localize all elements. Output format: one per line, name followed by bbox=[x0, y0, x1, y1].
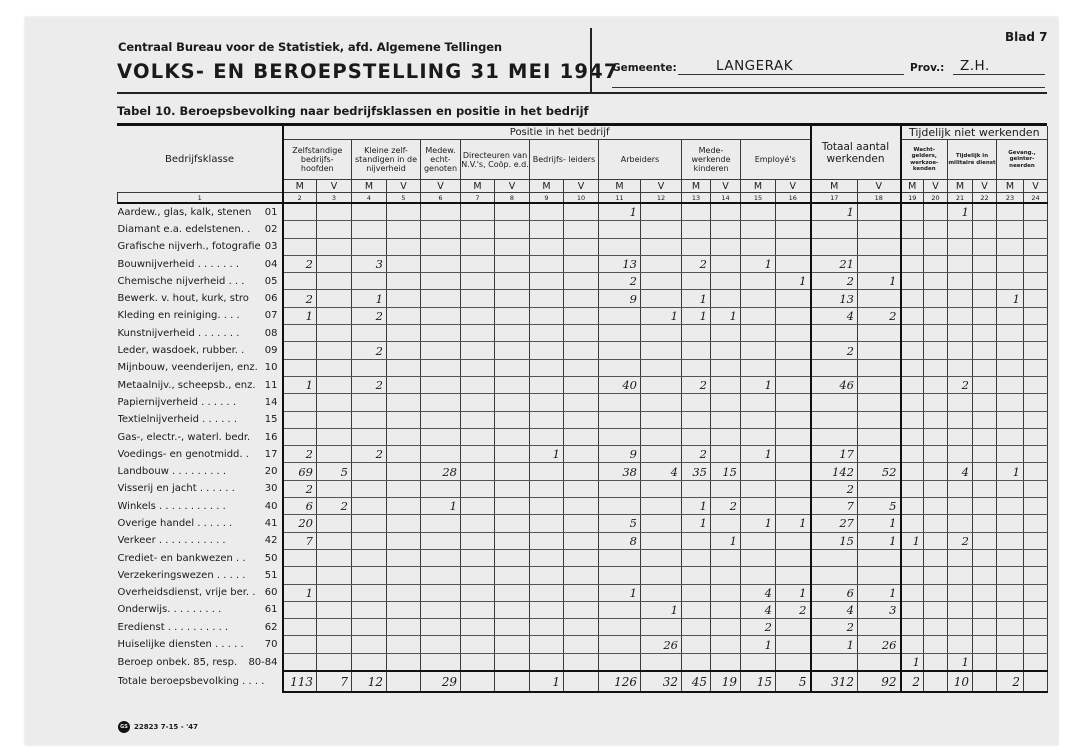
count-cell[interactable] bbox=[973, 480, 997, 497]
count-cell[interactable] bbox=[421, 601, 461, 618]
count-cell[interactable] bbox=[421, 567, 461, 584]
count-cell[interactable] bbox=[599, 428, 641, 445]
count-cell[interactable]: 28 bbox=[421, 463, 461, 480]
count-cell[interactable] bbox=[711, 549, 741, 566]
count-cell[interactable] bbox=[641, 325, 682, 342]
count-cell[interactable] bbox=[811, 549, 858, 566]
count-cell[interactable] bbox=[352, 359, 387, 376]
count-cell[interactable]: 26 bbox=[858, 636, 901, 653]
count-cell[interactable]: 6 bbox=[811, 584, 858, 601]
count-cell[interactable] bbox=[352, 203, 387, 221]
count-cell[interactable]: 2 bbox=[599, 273, 641, 290]
count-cell[interactable] bbox=[711, 221, 741, 238]
count-cell[interactable] bbox=[997, 411, 1024, 428]
count-cell[interactable] bbox=[317, 601, 352, 618]
count-cell[interactable] bbox=[1024, 238, 1048, 255]
count-cell[interactable] bbox=[495, 307, 530, 324]
count-cell[interactable] bbox=[495, 376, 530, 393]
count-cell[interactable] bbox=[924, 203, 948, 221]
count-cell[interactable] bbox=[1024, 636, 1048, 653]
count-cell[interactable] bbox=[858, 480, 901, 497]
count-cell[interactable] bbox=[599, 342, 641, 359]
count-cell[interactable] bbox=[387, 532, 421, 549]
count-cell[interactable]: 2 bbox=[901, 671, 924, 692]
count-cell[interactable] bbox=[776, 532, 811, 549]
count-cell[interactable]: 2 bbox=[948, 532, 973, 549]
count-cell[interactable] bbox=[421, 290, 461, 307]
count-cell[interactable] bbox=[711, 567, 741, 584]
count-cell[interactable] bbox=[1024, 307, 1048, 324]
count-cell[interactable] bbox=[495, 463, 530, 480]
count-cell[interactable] bbox=[776, 446, 811, 463]
count-cell[interactable] bbox=[901, 601, 924, 618]
count-cell[interactable] bbox=[421, 532, 461, 549]
count-cell[interactable] bbox=[599, 653, 641, 671]
count-cell[interactable] bbox=[901, 428, 924, 445]
count-cell[interactable] bbox=[530, 532, 564, 549]
count-cell[interactable] bbox=[641, 567, 682, 584]
count-cell[interactable]: 15 bbox=[711, 463, 741, 480]
count-cell[interactable] bbox=[711, 255, 741, 272]
count-cell[interactable] bbox=[776, 463, 811, 480]
count-cell[interactable]: 4 bbox=[811, 601, 858, 618]
count-cell[interactable] bbox=[387, 601, 421, 618]
count-cell[interactable]: 1 bbox=[641, 307, 682, 324]
count-cell[interactable]: 1 bbox=[711, 532, 741, 549]
count-cell[interactable] bbox=[973, 203, 997, 221]
count-cell[interactable]: 1 bbox=[599, 203, 641, 221]
count-cell[interactable] bbox=[973, 307, 997, 324]
count-cell[interactable]: 7 bbox=[317, 671, 352, 692]
count-cell[interactable] bbox=[641, 273, 682, 290]
count-cell[interactable] bbox=[901, 273, 924, 290]
count-cell[interactable] bbox=[997, 342, 1024, 359]
count-cell[interactable]: 1 bbox=[530, 671, 564, 692]
count-cell[interactable] bbox=[599, 359, 641, 376]
count-cell[interactable] bbox=[682, 584, 711, 601]
count-cell[interactable] bbox=[811, 653, 858, 671]
count-cell[interactable] bbox=[741, 532, 776, 549]
count-cell[interactable] bbox=[1024, 376, 1048, 393]
count-cell[interactable] bbox=[387, 428, 421, 445]
count-cell[interactable] bbox=[421, 549, 461, 566]
count-cell[interactable] bbox=[711, 342, 741, 359]
count-cell[interactable]: 5 bbox=[776, 671, 811, 692]
count-cell[interactable] bbox=[948, 601, 973, 618]
count-cell[interactable] bbox=[461, 255, 495, 272]
count-cell[interactable] bbox=[283, 636, 317, 653]
count-cell[interactable] bbox=[641, 532, 682, 549]
count-cell[interactable] bbox=[776, 221, 811, 238]
count-cell[interactable] bbox=[858, 376, 901, 393]
count-cell[interactable] bbox=[997, 255, 1024, 272]
count-cell[interactable]: 1 bbox=[741, 515, 776, 532]
count-cell[interactable] bbox=[461, 636, 495, 653]
count-cell[interactable] bbox=[811, 567, 858, 584]
count-cell[interactable] bbox=[776, 203, 811, 221]
count-cell[interactable] bbox=[641, 359, 682, 376]
count-cell[interactable] bbox=[1024, 584, 1048, 601]
count-cell[interactable]: 1 bbox=[352, 290, 387, 307]
count-cell[interactable]: 8 bbox=[599, 532, 641, 549]
count-cell[interactable] bbox=[997, 515, 1024, 532]
count-cell[interactable] bbox=[530, 567, 564, 584]
count-cell[interactable] bbox=[682, 532, 711, 549]
count-cell[interactable]: 1 bbox=[682, 515, 711, 532]
count-cell[interactable] bbox=[352, 428, 387, 445]
count-cell[interactable] bbox=[461, 238, 495, 255]
count-cell[interactable] bbox=[530, 307, 564, 324]
count-cell[interactable] bbox=[858, 255, 901, 272]
count-cell[interactable] bbox=[682, 203, 711, 221]
count-cell[interactable] bbox=[858, 203, 901, 221]
count-cell[interactable] bbox=[741, 411, 776, 428]
count-cell[interactable] bbox=[948, 394, 973, 411]
count-cell[interactable] bbox=[641, 515, 682, 532]
count-cell[interactable]: 27 bbox=[811, 515, 858, 532]
count-cell[interactable] bbox=[924, 584, 948, 601]
count-cell[interactable]: 92 bbox=[858, 671, 901, 692]
count-cell[interactable] bbox=[387, 342, 421, 359]
count-cell[interactable] bbox=[948, 480, 973, 497]
count-cell[interactable] bbox=[564, 584, 599, 601]
count-cell[interactable] bbox=[387, 238, 421, 255]
count-cell[interactable]: 2 bbox=[283, 290, 317, 307]
count-cell[interactable] bbox=[421, 342, 461, 359]
count-cell[interactable] bbox=[997, 584, 1024, 601]
count-cell[interactable] bbox=[564, 273, 599, 290]
count-cell[interactable] bbox=[711, 601, 741, 618]
count-cell[interactable] bbox=[741, 359, 776, 376]
count-cell[interactable] bbox=[461, 601, 495, 618]
count-cell[interactable] bbox=[924, 636, 948, 653]
count-cell[interactable] bbox=[948, 411, 973, 428]
count-cell[interactable]: 52 bbox=[858, 463, 901, 480]
count-cell[interactable] bbox=[530, 238, 564, 255]
count-cell[interactable] bbox=[973, 221, 997, 238]
count-cell[interactable]: 12 bbox=[352, 671, 387, 692]
count-cell[interactable]: 2 bbox=[997, 671, 1024, 692]
count-cell[interactable]: 1 bbox=[530, 446, 564, 463]
count-cell[interactable] bbox=[317, 203, 352, 221]
count-cell[interactable]: 1 bbox=[283, 584, 317, 601]
count-cell[interactable]: 13 bbox=[599, 255, 641, 272]
count-cell[interactable]: 1 bbox=[997, 290, 1024, 307]
count-cell[interactable] bbox=[997, 653, 1024, 671]
count-cell[interactable] bbox=[924, 480, 948, 497]
count-cell[interactable] bbox=[901, 411, 924, 428]
count-cell[interactable] bbox=[495, 203, 530, 221]
count-cell[interactable] bbox=[973, 290, 997, 307]
count-cell[interactable]: 19 bbox=[711, 671, 741, 692]
count-cell[interactable] bbox=[387, 376, 421, 393]
count-cell[interactable] bbox=[901, 446, 924, 463]
count-cell[interactable] bbox=[421, 394, 461, 411]
count-cell[interactable] bbox=[461, 463, 495, 480]
count-cell[interactable] bbox=[682, 636, 711, 653]
count-cell[interactable] bbox=[811, 394, 858, 411]
count-cell[interactable] bbox=[997, 376, 1024, 393]
count-cell[interactable] bbox=[641, 394, 682, 411]
count-cell[interactable] bbox=[387, 273, 421, 290]
count-cell[interactable] bbox=[599, 221, 641, 238]
count-cell[interactable] bbox=[317, 619, 352, 636]
count-cell[interactable] bbox=[641, 255, 682, 272]
count-cell[interactable]: 17 bbox=[811, 446, 858, 463]
count-cell[interactable] bbox=[924, 567, 948, 584]
count-cell[interactable] bbox=[741, 273, 776, 290]
count-cell[interactable] bbox=[387, 619, 421, 636]
count-cell[interactable]: 2 bbox=[283, 480, 317, 497]
count-cell[interactable] bbox=[317, 584, 352, 601]
count-cell[interactable] bbox=[901, 498, 924, 515]
count-cell[interactable] bbox=[811, 221, 858, 238]
count-cell[interactable] bbox=[924, 428, 948, 445]
count-cell[interactable] bbox=[997, 532, 1024, 549]
count-cell[interactable] bbox=[352, 238, 387, 255]
count-cell[interactable] bbox=[317, 255, 352, 272]
count-cell[interactable] bbox=[564, 480, 599, 497]
count-cell[interactable] bbox=[283, 273, 317, 290]
count-cell[interactable] bbox=[924, 549, 948, 566]
count-cell[interactable] bbox=[901, 619, 924, 636]
count-cell[interactable]: 1 bbox=[741, 636, 776, 653]
count-cell[interactable] bbox=[283, 567, 317, 584]
count-cell[interactable]: 4 bbox=[641, 463, 682, 480]
count-cell[interactable]: 3 bbox=[858, 601, 901, 618]
count-cell[interactable] bbox=[1024, 359, 1048, 376]
count-cell[interactable] bbox=[776, 653, 811, 671]
count-cell[interactable] bbox=[901, 238, 924, 255]
count-cell[interactable] bbox=[283, 601, 317, 618]
count-cell[interactable] bbox=[495, 636, 530, 653]
count-cell[interactable]: 1 bbox=[711, 307, 741, 324]
count-cell[interactable]: 2 bbox=[711, 498, 741, 515]
count-cell[interactable] bbox=[283, 238, 317, 255]
count-cell[interactable]: 2 bbox=[682, 376, 711, 393]
count-cell[interactable] bbox=[1024, 498, 1048, 515]
count-cell[interactable] bbox=[924, 601, 948, 618]
count-cell[interactable] bbox=[421, 238, 461, 255]
count-cell[interactable] bbox=[352, 532, 387, 549]
count-cell[interactable] bbox=[564, 238, 599, 255]
count-cell[interactable] bbox=[495, 428, 530, 445]
count-cell[interactable] bbox=[387, 567, 421, 584]
count-cell[interactable] bbox=[682, 238, 711, 255]
count-cell[interactable] bbox=[352, 601, 387, 618]
count-cell[interactable] bbox=[461, 307, 495, 324]
count-cell[interactable] bbox=[317, 428, 352, 445]
count-cell[interactable] bbox=[641, 376, 682, 393]
count-cell[interactable]: 15 bbox=[741, 671, 776, 692]
count-cell[interactable]: 1 bbox=[283, 376, 317, 393]
count-cell[interactable] bbox=[564, 601, 599, 618]
count-cell[interactable] bbox=[973, 238, 997, 255]
count-cell[interactable] bbox=[901, 584, 924, 601]
count-cell[interactable] bbox=[1024, 255, 1048, 272]
count-cell[interactable] bbox=[599, 567, 641, 584]
count-cell[interactable] bbox=[387, 653, 421, 671]
count-cell[interactable] bbox=[530, 636, 564, 653]
count-cell[interactable] bbox=[711, 446, 741, 463]
count-cell[interactable] bbox=[495, 325, 530, 342]
count-cell[interactable] bbox=[317, 376, 352, 393]
count-cell[interactable] bbox=[682, 342, 711, 359]
count-cell[interactable] bbox=[283, 342, 317, 359]
count-cell[interactable] bbox=[811, 359, 858, 376]
count-cell[interactable] bbox=[973, 359, 997, 376]
count-cell[interactable] bbox=[1024, 463, 1048, 480]
count-cell[interactable]: 2 bbox=[811, 342, 858, 359]
count-cell[interactable]: 1 bbox=[901, 653, 924, 671]
count-cell[interactable] bbox=[283, 619, 317, 636]
count-cell[interactable]: 1 bbox=[599, 584, 641, 601]
count-cell[interactable] bbox=[461, 342, 495, 359]
count-cell[interactable] bbox=[641, 480, 682, 497]
count-cell[interactable] bbox=[682, 394, 711, 411]
count-cell[interactable]: 1 bbox=[682, 290, 711, 307]
count-cell[interactable] bbox=[973, 255, 997, 272]
count-cell[interactable] bbox=[924, 255, 948, 272]
count-cell[interactable] bbox=[997, 498, 1024, 515]
count-cell[interactable]: 2 bbox=[811, 619, 858, 636]
count-cell[interactable] bbox=[948, 636, 973, 653]
count-cell[interactable] bbox=[948, 498, 973, 515]
count-cell[interactable] bbox=[530, 653, 564, 671]
provincie-field[interactable]: Z.H. bbox=[960, 58, 990, 74]
count-cell[interactable] bbox=[997, 203, 1024, 221]
count-cell[interactable] bbox=[741, 325, 776, 342]
count-cell[interactable] bbox=[858, 549, 901, 566]
count-cell[interactable] bbox=[352, 653, 387, 671]
count-cell[interactable]: 9 bbox=[599, 290, 641, 307]
count-cell[interactable] bbox=[924, 515, 948, 532]
count-cell[interactable] bbox=[973, 342, 997, 359]
count-cell[interactable] bbox=[776, 290, 811, 307]
count-cell[interactable] bbox=[776, 549, 811, 566]
count-cell[interactable] bbox=[858, 394, 901, 411]
count-cell[interactable] bbox=[973, 411, 997, 428]
count-cell[interactable] bbox=[997, 307, 1024, 324]
count-cell[interactable] bbox=[317, 325, 352, 342]
count-cell[interactable] bbox=[997, 394, 1024, 411]
count-cell[interactable]: 20 bbox=[283, 515, 317, 532]
count-cell[interactable] bbox=[495, 671, 530, 692]
count-cell[interactable] bbox=[741, 463, 776, 480]
count-cell[interactable]: 7 bbox=[283, 532, 317, 549]
count-cell[interactable] bbox=[317, 653, 352, 671]
count-cell[interactable] bbox=[317, 515, 352, 532]
count-cell[interactable] bbox=[901, 376, 924, 393]
count-cell[interactable] bbox=[387, 446, 421, 463]
count-cell[interactable] bbox=[421, 255, 461, 272]
count-cell[interactable] bbox=[741, 394, 776, 411]
count-cell[interactable] bbox=[317, 290, 352, 307]
count-cell[interactable]: 2 bbox=[352, 342, 387, 359]
count-cell[interactable] bbox=[973, 619, 997, 636]
count-cell[interactable] bbox=[530, 549, 564, 566]
count-cell[interactable] bbox=[530, 411, 564, 428]
count-cell[interactable] bbox=[283, 325, 317, 342]
count-cell[interactable] bbox=[901, 342, 924, 359]
count-cell[interactable] bbox=[317, 567, 352, 584]
count-cell[interactable] bbox=[682, 273, 711, 290]
count-cell[interactable] bbox=[973, 601, 997, 618]
count-cell[interactable] bbox=[741, 342, 776, 359]
count-cell[interactable] bbox=[530, 376, 564, 393]
count-cell[interactable] bbox=[997, 549, 1024, 566]
count-cell[interactable] bbox=[564, 532, 599, 549]
count-cell[interactable] bbox=[564, 394, 599, 411]
count-cell[interactable] bbox=[973, 428, 997, 445]
count-cell[interactable] bbox=[924, 498, 948, 515]
count-cell[interactable] bbox=[1024, 411, 1048, 428]
count-cell[interactable] bbox=[421, 376, 461, 393]
count-cell[interactable] bbox=[461, 428, 495, 445]
count-cell[interactable] bbox=[901, 567, 924, 584]
count-cell[interactable] bbox=[973, 636, 997, 653]
count-cell[interactable] bbox=[421, 307, 461, 324]
count-cell[interactable] bbox=[924, 342, 948, 359]
count-cell[interactable] bbox=[948, 221, 973, 238]
count-cell[interactable] bbox=[948, 549, 973, 566]
count-cell[interactable] bbox=[776, 411, 811, 428]
count-cell[interactable] bbox=[352, 411, 387, 428]
gemeente-field[interactable]: LANGERAK bbox=[716, 58, 793, 74]
count-cell[interactable] bbox=[564, 203, 599, 221]
count-cell[interactable] bbox=[317, 411, 352, 428]
count-cell[interactable] bbox=[997, 601, 1024, 618]
count-cell[interactable]: 4 bbox=[741, 601, 776, 618]
count-cell[interactable] bbox=[973, 671, 997, 692]
count-cell[interactable]: 2 bbox=[858, 307, 901, 324]
count-cell[interactable] bbox=[858, 342, 901, 359]
count-cell[interactable] bbox=[997, 359, 1024, 376]
count-cell[interactable] bbox=[530, 515, 564, 532]
count-cell[interactable] bbox=[741, 549, 776, 566]
count-cell[interactable] bbox=[741, 480, 776, 497]
count-cell[interactable] bbox=[641, 342, 682, 359]
count-cell[interactable] bbox=[858, 325, 901, 342]
count-cell[interactable] bbox=[461, 411, 495, 428]
count-cell[interactable] bbox=[1024, 290, 1048, 307]
count-cell[interactable] bbox=[283, 653, 317, 671]
count-cell[interactable]: 5 bbox=[858, 498, 901, 515]
count-cell[interactable] bbox=[776, 325, 811, 342]
count-cell[interactable]: 4 bbox=[741, 584, 776, 601]
count-cell[interactable] bbox=[901, 636, 924, 653]
count-cell[interactable] bbox=[682, 601, 711, 618]
count-cell[interactable] bbox=[901, 394, 924, 411]
count-cell[interactable] bbox=[948, 567, 973, 584]
count-cell[interactable] bbox=[317, 238, 352, 255]
count-cell[interactable] bbox=[387, 549, 421, 566]
count-cell[interactable] bbox=[1024, 619, 1048, 636]
count-cell[interactable]: 15 bbox=[811, 532, 858, 549]
count-cell[interactable] bbox=[1024, 653, 1048, 671]
count-cell[interactable] bbox=[641, 203, 682, 221]
count-cell[interactable] bbox=[421, 584, 461, 601]
count-cell[interactable] bbox=[387, 255, 421, 272]
count-cell[interactable] bbox=[530, 584, 564, 601]
count-cell[interactable]: 1 bbox=[741, 376, 776, 393]
count-cell[interactable] bbox=[948, 428, 973, 445]
count-cell[interactable] bbox=[530, 601, 564, 618]
count-cell[interactable] bbox=[901, 255, 924, 272]
count-cell[interactable] bbox=[741, 428, 776, 445]
count-cell[interactable] bbox=[711, 325, 741, 342]
count-cell[interactable]: 2 bbox=[741, 619, 776, 636]
